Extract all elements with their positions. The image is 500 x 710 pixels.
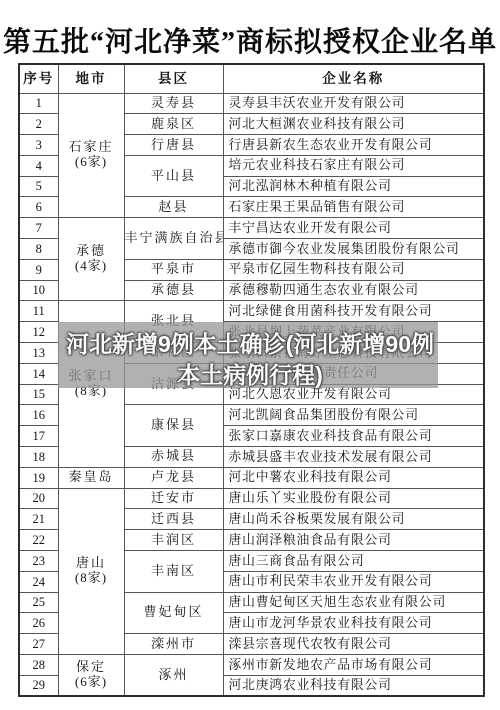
company-name-cell: 培元农业科技石家庄有限公司 [223, 155, 484, 176]
table-row: 19秦皇岛卢龙县河北中薯农业科技有限公司 [19, 467, 484, 488]
company-name-cell: 唐山三商食品有限公司 [223, 551, 484, 572]
company-name-cell: 河北泓润林木种植有限公司 [223, 176, 484, 197]
county-cell: 灵寿县 [124, 93, 223, 114]
row-number: 19 [19, 467, 58, 488]
company-name-cell: 河北庚鸿农业科技有限公司 [223, 675, 484, 696]
county-cell: 曹妃甸区 [124, 592, 223, 634]
row-number: 11 [19, 301, 58, 322]
row-number: 26 [19, 613, 58, 634]
company-name-cell: 丰宁昌达农业开发有限公司 [223, 218, 484, 239]
company-name-cell: 石家庄果王果品销售有限公司 [223, 197, 484, 218]
row-number: 18 [19, 447, 58, 468]
city-cell: 唐山(8家) [58, 488, 124, 654]
company-name-cell: 唐山曹妃甸区天旭生态农业有限公司 [223, 592, 484, 613]
row-number: 22 [19, 530, 58, 551]
city-count: (8家) [59, 571, 124, 586]
row-number: 9 [19, 259, 58, 280]
county-cell: 丰润区 [124, 530, 223, 551]
row-number: 3 [19, 135, 58, 156]
company-name-cell: 行唐县新农生态农业开发有限公司 [223, 135, 484, 156]
company-name-cell: 河北凯阔食品集团股份有限公司 [223, 405, 484, 426]
company-name-cell: 灵寿县丰沃农业开发有限公司 [223, 93, 484, 114]
row-number: 2 [19, 114, 58, 135]
company-name-cell: 唐山市利民荣丰农业开发有限公司 [223, 571, 484, 592]
county-cell: 迁安市 [124, 488, 223, 509]
city-cell: 秦皇岛 [58, 467, 124, 488]
city-name: 保定 [59, 660, 124, 675]
county-cell: 鹿泉区 [124, 114, 223, 135]
city-count: (6家) [59, 675, 124, 690]
table-body: 1石家庄(6家)灵寿县灵寿县丰沃农业开发有限公司2鹿泉区河北大桓渊农业科技有限公… [19, 93, 484, 696]
company-name-cell: 滦县宗喜现代农牧有限公司 [223, 634, 484, 655]
row-number: 24 [19, 571, 58, 592]
company-name-cell: 赤城县盛丰农业技术发展有限公司 [223, 447, 484, 468]
row-number: 7 [19, 218, 58, 239]
column-header-no: 序号 [19, 64, 58, 93]
row-number: 20 [19, 488, 58, 509]
table-row: 7承德(4家)丰宁满族自治县丰宁昌达农业开发有限公司 [19, 218, 484, 239]
county-cell: 康保县 [124, 405, 223, 447]
city-name: 石家庄 [59, 140, 124, 155]
company-name-cell: 涿州市新发地农产品市场有限公司 [223, 655, 484, 676]
row-number: 25 [19, 592, 58, 613]
county-cell: 卢龙县 [124, 467, 223, 488]
company-name-cell: 河北大桓渊农业科技有限公司 [223, 114, 484, 135]
company-name-cell: 张家口嘉康农业科技食品有限公司 [223, 426, 484, 447]
city-name: 承德 [59, 244, 124, 259]
row-number: 17 [19, 426, 58, 447]
county-cell: 丰宁满族自治县 [124, 218, 223, 260]
company-name-cell: 唐山尚禾谷板栗发展有限公司 [223, 509, 484, 530]
county-cell: 丰南区 [124, 551, 223, 593]
row-number: 5 [19, 176, 58, 197]
company-name-cell: 承德市御今农业发展集团股份有限公司 [223, 239, 484, 260]
company-name-cell: 唐山市龙河华景农业科技有限公司 [223, 613, 484, 634]
city-name: 秦皇岛 [59, 470, 124, 485]
company-name-cell: 唐山润泽粮油食品有限公司 [223, 530, 484, 551]
county-cell: 平山县 [124, 155, 223, 197]
company-name-cell: 平泉市亿园生物科技有限公司 [223, 259, 484, 280]
row-number: 23 [19, 551, 58, 572]
county-cell: 迁西县 [124, 509, 223, 530]
county-cell: 赤城县 [124, 447, 223, 468]
county-cell: 承德县 [124, 280, 223, 301]
row-number: 8 [19, 239, 58, 260]
company-name-cell: 河北绿健食用菌科技开发有限公司 [223, 301, 484, 322]
row-number: 29 [19, 675, 58, 696]
watermark-text-line1: 河北新增9例本土确诊(河北新增90例 [0, 326, 500, 359]
county-cell: 赵县 [124, 197, 223, 218]
county-cell: 平泉市 [124, 259, 223, 280]
table-row: 1石家庄(6家)灵寿县灵寿县丰沃农业开发有限公司 [19, 93, 484, 114]
row-number: 1 [19, 93, 58, 114]
row-number: 10 [19, 280, 58, 301]
city-count: (4家) [59, 259, 124, 274]
county-cell: 行唐县 [124, 135, 223, 156]
county-cell: 滦州市 [124, 634, 223, 655]
column-header-city: 地市 [58, 64, 124, 93]
city-cell: 承德(4家) [58, 218, 124, 301]
row-number: 28 [19, 655, 58, 676]
company-name-cell: 河北中薯农业科技有限公司 [223, 467, 484, 488]
city-cell: 石家庄(6家) [58, 93, 124, 218]
city-cell: 保定(6家) [58, 655, 124, 697]
city-name: 唐山 [59, 556, 124, 571]
row-number: 6 [19, 197, 58, 218]
watermark-text-line2: 本土病例行程) [0, 357, 500, 390]
page-title: 第五批“河北净菜”商标拟授权企业名单 [0, 20, 500, 60]
row-number: 4 [19, 155, 58, 176]
county-cell: 涿州 [124, 655, 223, 697]
column-header-company: 企业名称 [223, 64, 484, 93]
table-row: 28保定(6家)涿州涿州市新发地农产品市场有限公司 [19, 655, 484, 676]
company-name-cell: 承德穆勒四通生态农业有限公司 [223, 280, 484, 301]
table-row: 20唐山(8家)迁安市唐山乐丫实业股份有限公司 [19, 488, 484, 509]
table-row: 11张家口(8家)张北县河北绿健食用菌科技开发有限公司 [19, 301, 484, 322]
company-name-cell: 唐山乐丫实业股份有限公司 [223, 488, 484, 509]
header-row: 序号 地市 县区 企业名称 [19, 64, 484, 93]
column-header-county: 县区 [124, 64, 223, 93]
row-number: 21 [19, 509, 58, 530]
table-header: 序号 地市 县区 企业名称 [19, 64, 484, 93]
row-number: 27 [19, 634, 58, 655]
city-count: (6家) [59, 155, 124, 170]
row-number: 16 [19, 405, 58, 426]
